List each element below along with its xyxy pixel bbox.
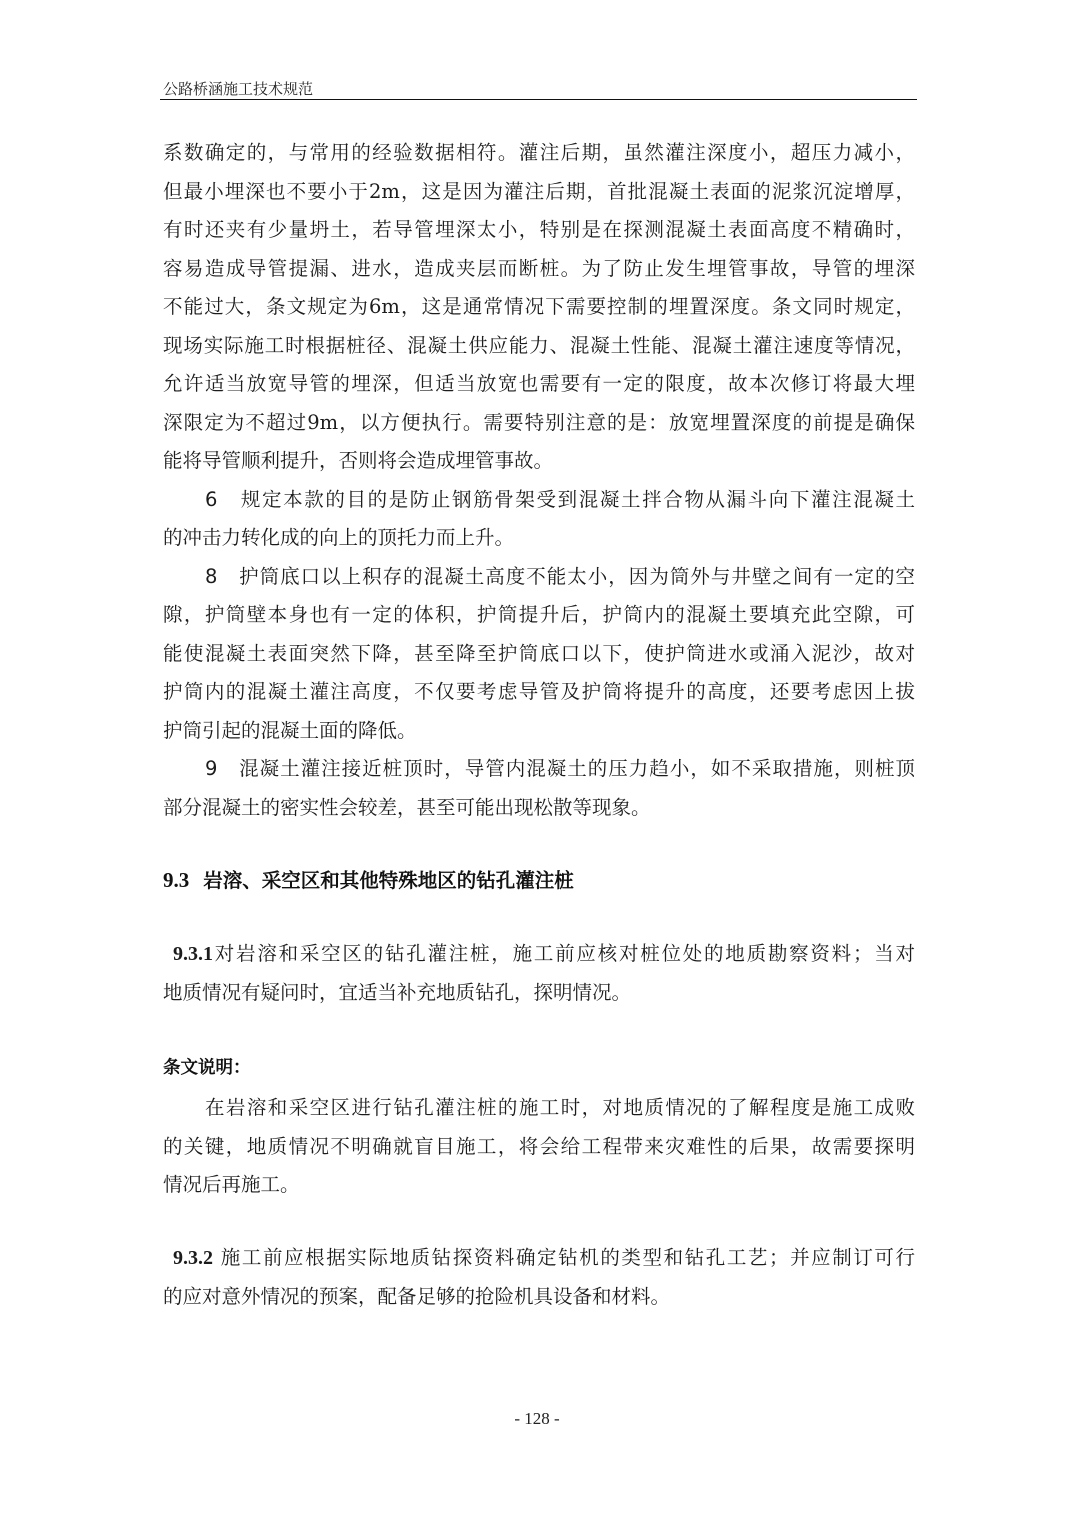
item-text: 混凝土灌注接近桩顶时，导管内混凝土的压力趋小，如不采取措施，则桩顶: [239, 757, 915, 780]
text-line: 护筒内的混凝土灌注高度，不仅要考虑导管及护筒将提升的高度，还要考虑因上拔: [163, 680, 915, 704]
text-line: 部分混凝土的密实性会较差，甚至可能出现松散等现象。: [163, 796, 915, 820]
text-line: 有时还夹有少量坍土，若导管埋深太小，特别是在探测混凝土表面高度不精确时，: [163, 218, 915, 242]
page-number: - 128 -: [0, 1409, 1074, 1429]
item-8-first-line: 8 护筒底口以上积存的混凝土高度不能太小，因为筒外与井壁之间有一定的空: [205, 565, 915, 589]
document-page: 公路桥涵施工技术规范 系数确定的，与常用的经验数据相符。灌注后期，虽然灌注深度小…: [0, 0, 1074, 1520]
clause-number: 9.3.2: [173, 1247, 213, 1269]
running-header-title: 公路桥涵施工技术规范: [163, 78, 313, 99]
text-line: 隙，护筒壁本身也有一定的体积，护筒提升后，护筒内的混凝土要填充此空隙，可: [163, 603, 915, 627]
text-line: 允许适当放宽导管的埋深，但适当放宽也需要有一定的限度，故本次修订将最大埋: [163, 372, 915, 396]
text-line: 系数确定的，与常用的经验数据相符。灌注后期，虽然灌注深度小，超压力减小，: [163, 141, 915, 165]
text-line: 情况后再施工。: [163, 1173, 915, 1197]
item-9-first-line: 9 混凝土灌注接近桩顶时，导管内混凝土的压力趋小，如不采取措施，则桩顶: [205, 757, 915, 781]
text-line: 的应对意外情况的预案，配备足够的抢险机具设备和材料。: [163, 1285, 915, 1309]
item-text: 护筒底口以上积存的混凝土高度不能太小，因为筒外与井壁之间有一定的空: [239, 565, 915, 588]
item-6-first-line: 6 规定本款的目的是防止钢筋骨架受到混凝土拌合物从漏斗向下灌注混凝土: [205, 488, 915, 512]
item-number: 9: [205, 757, 217, 780]
text-line: 容易造成导管提漏、进水，造成夹层而断桩。为了防止发生埋管事故，导管的埋深: [163, 257, 915, 281]
text-line: 现场实际施工时根据桩径、混凝土供应能力、混凝土性能、混凝土灌注速度等情况，: [163, 334, 915, 358]
text-line: 能使混凝土表面突然下降，甚至降至护筒底口以下，使护筒进水或涌入泥沙，故对: [163, 642, 915, 666]
item-text: 规定本款的目的是防止钢筋骨架受到混凝土拌合物从漏斗向下灌注混凝土: [241, 488, 915, 511]
text-line: 在岩溶和采空区进行钻孔灌注桩的施工时，对地质情况的了解程度是施工成败: [205, 1096, 915, 1120]
text-line: 护筒引起的混凝土面的降低。: [163, 719, 915, 743]
item-number: 6: [205, 488, 217, 511]
text-line: 地质情况有疑问时，宜适当补充地质钻孔，探明情况。: [163, 981, 915, 1005]
clause-text: 对岩溶和采空区的钻孔灌注桩，施工前应核对桩位处的地质勘察资料；当对: [213, 942, 915, 965]
commentary-label: 条文说明：: [163, 1054, 251, 1079]
text-line: 的冲击力转化成的向上的顶托力而上升。: [163, 526, 915, 550]
text-line: 不能过大，条文规定为6m，这是通常情况下需要控制的埋置深度。条文同时规定，: [163, 295, 915, 319]
text-line: 能将导管顺利提升，否则将会造成埋管事故。: [163, 449, 915, 473]
clause-number: 9.3.1: [173, 943, 213, 965]
clause-9-3-2-first-line: 9.3.2 施工前应根据实际地质钻探资料确定钻机的类型和钻孔工艺；并应制订可行: [173, 1246, 915, 1270]
text-line: 但最小埋深也不要小于2m，这是因为灌注后期，首批混凝土表面的泥浆沉淀增厚，: [163, 180, 915, 204]
header-rule: [160, 99, 917, 100]
section-heading: 9.3岩溶、采空区和其他特殊地区的钻孔灌注桩: [163, 865, 574, 893]
item-number: 8: [205, 565, 217, 588]
text-line: 的关键，地质情况不明确就盲目施工，将会给工程带来灾难性的后果，故需要探明: [163, 1135, 915, 1159]
text-line: 深限定为不超过9m，以方便执行。需要特别注意的是：放宽埋置深度的前提是确保: [163, 411, 915, 435]
clause-9-3-1-first-line: 9.3.1对岩溶和采空区的钻孔灌注桩，施工前应核对桩位处的地质勘察资料；当对: [173, 942, 915, 966]
section-title: 岩溶、采空区和其他特殊地区的钻孔灌注桩: [203, 869, 574, 892]
clause-text: 施工前应根据实际地质钻探资料确定钻机的类型和钻孔工艺；并应制订可行: [221, 1246, 915, 1269]
section-number: 9.3: [163, 868, 189, 892]
